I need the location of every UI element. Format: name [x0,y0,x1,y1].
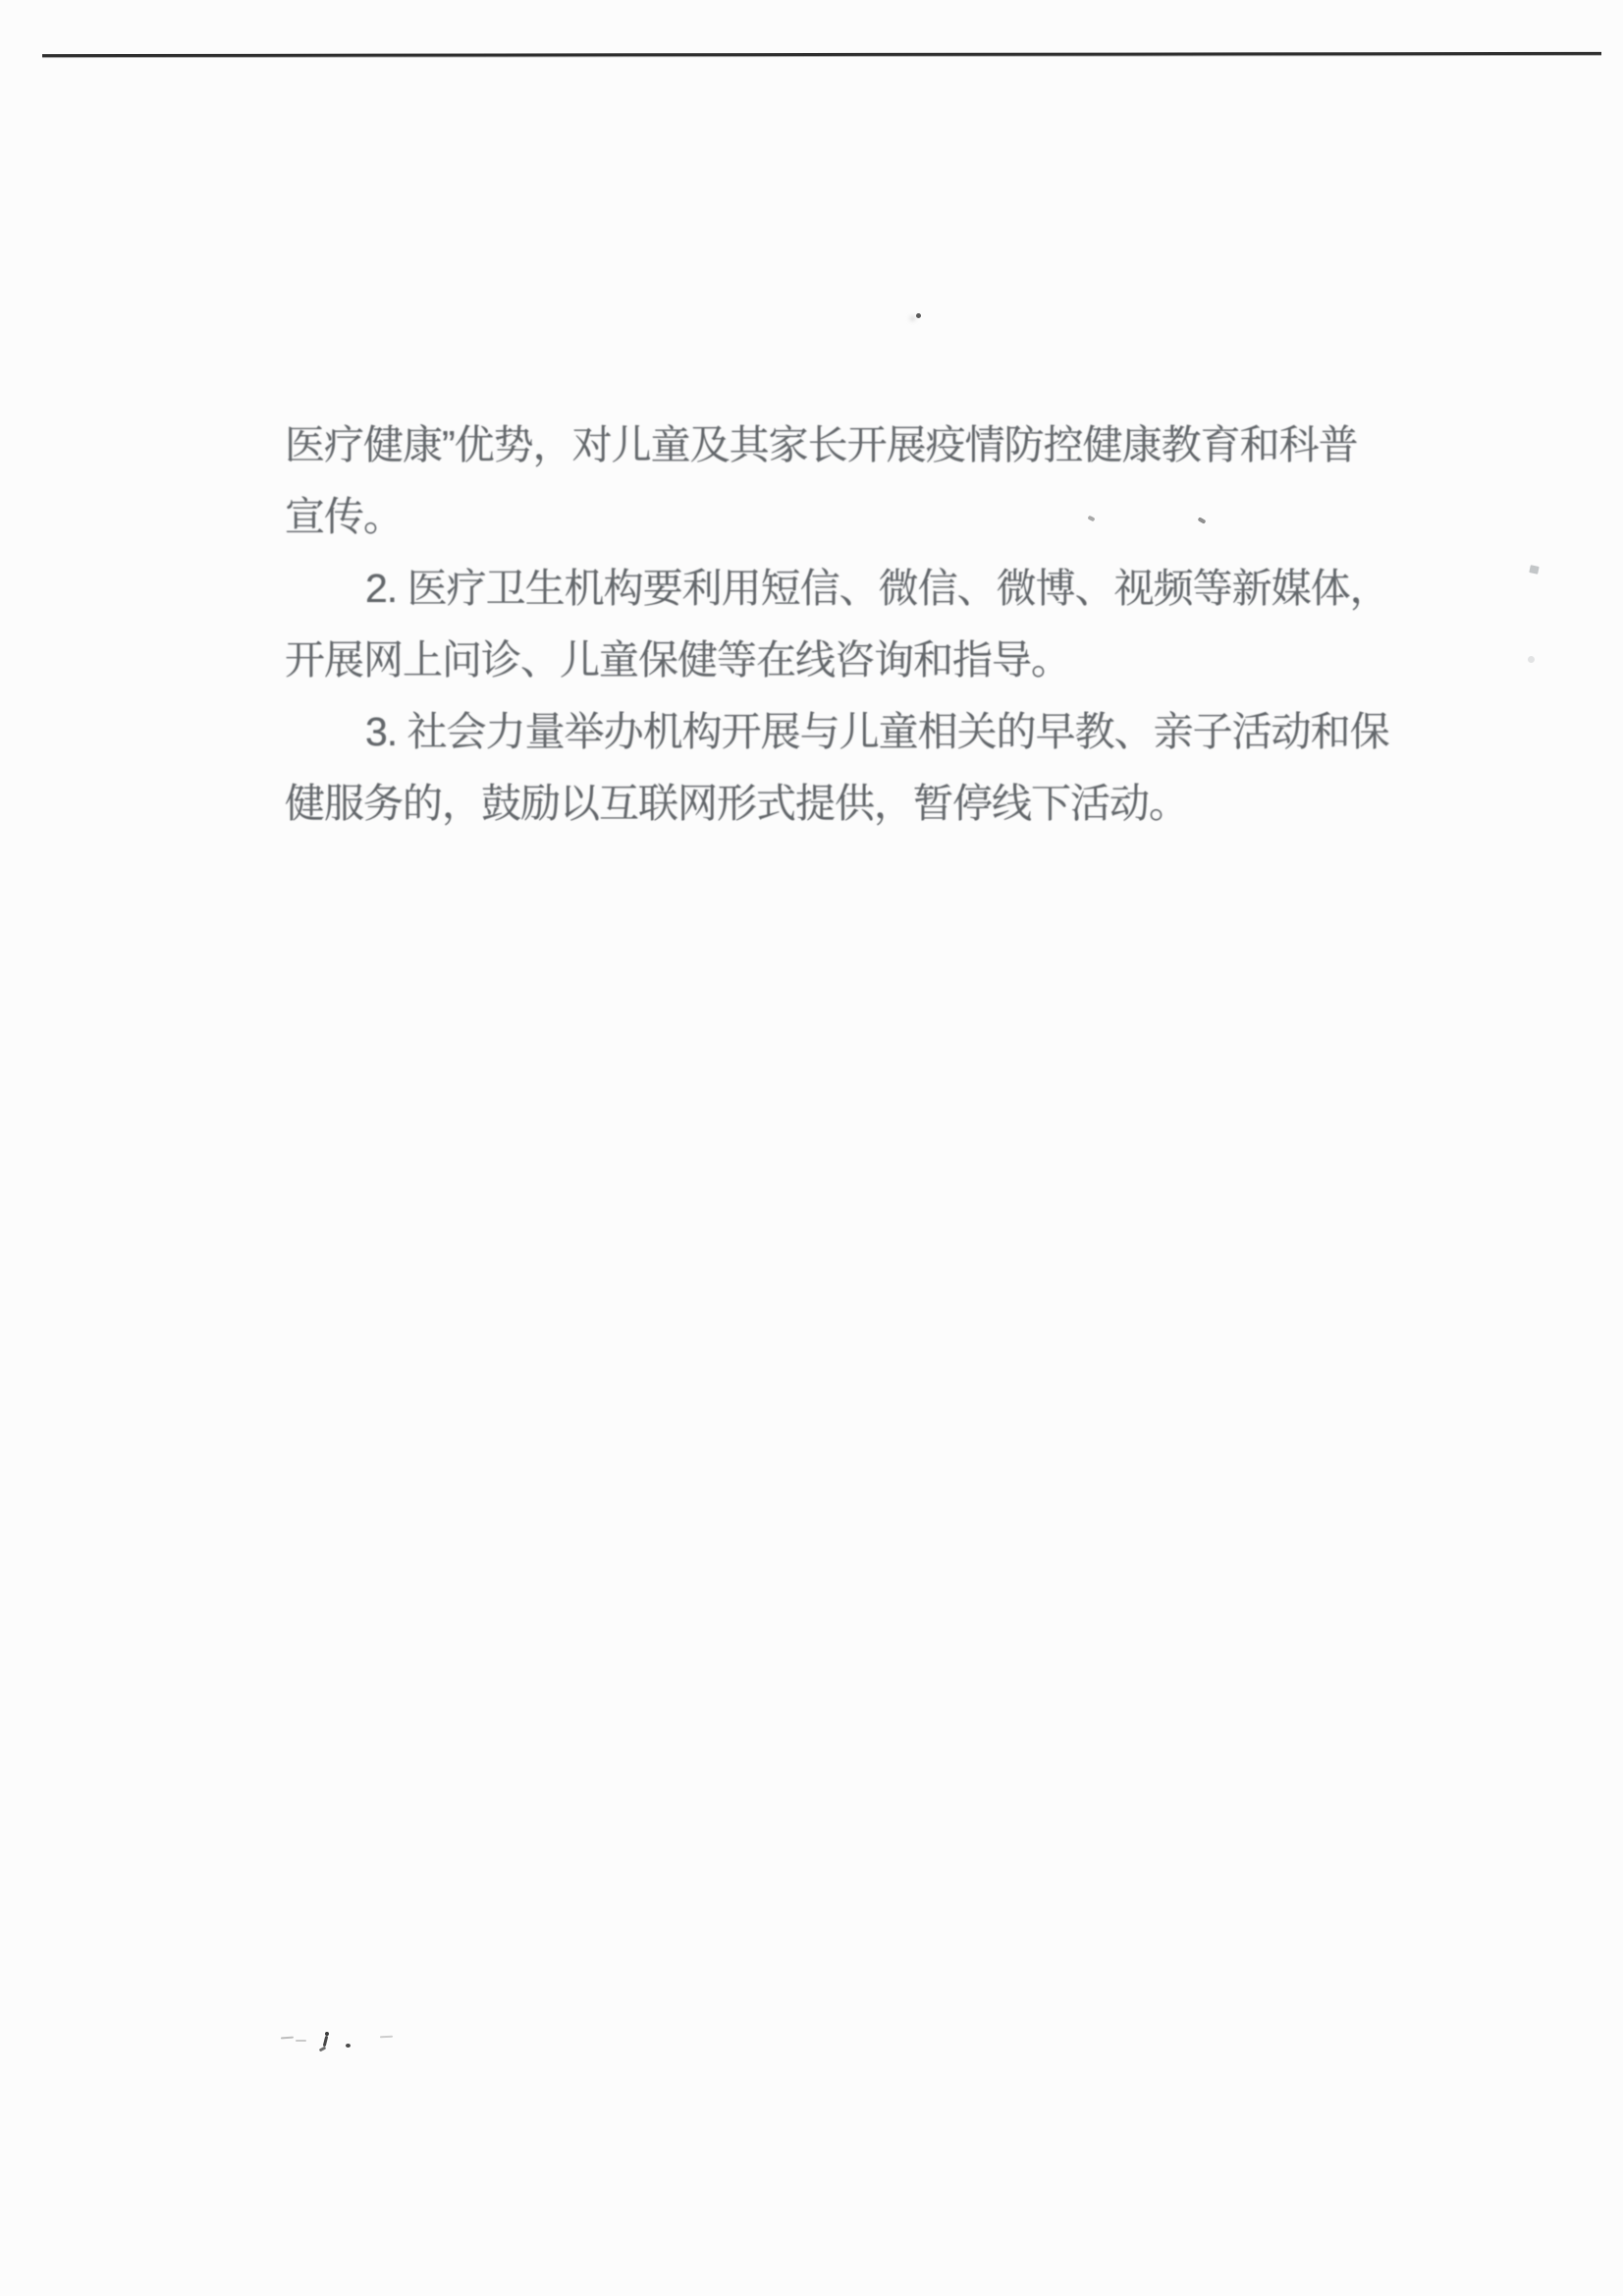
scan-speck [1529,565,1539,574]
pencil-mark [281,2037,294,2040]
paragraph-3-line-2: 健服务的，鼓励以互联网形式提供，暂停线下活动。 [285,768,1443,840]
paragraph-1-line-1: 医疗健康”优势，对儿童及其家长开展疫情防控健康教育和科普 [285,410,1443,481]
pencil-mark [296,2040,306,2042]
document-text-block: 医疗健康”优势，对儿童及其家长开展疫情防控健康教育和科普 宣传。 2. 医疗卫生… [285,410,1443,840]
page-top-rule [42,52,1601,57]
pencil-mark [319,2047,327,2052]
scan-speck [916,313,921,318]
scanned-document-page: 医疗健康”优势，对儿童及其家长开展疫情防控健康教育和科普 宣传。 2. 医疗卫生… [0,0,1623,2296]
pencil-mark [323,2036,329,2047]
paragraph-1-line-2: 宣传。 [285,481,1443,553]
paragraph-2-line-1: 2. 医疗卫生机构要利用短信、微信、微博、视频等新媒体， [285,553,1443,625]
paragraph-3-line-1: 3. 社会力量举办机构开展与儿童相关的早教、亲子活动和保 [285,696,1443,768]
pencil-mark [346,2044,351,2048]
scan-speck [1528,656,1535,663]
pencil-mark [380,2036,393,2039]
paragraph-2-line-2: 开展网上问诊、儿童保健等在线咨询和指导。 [285,625,1443,696]
